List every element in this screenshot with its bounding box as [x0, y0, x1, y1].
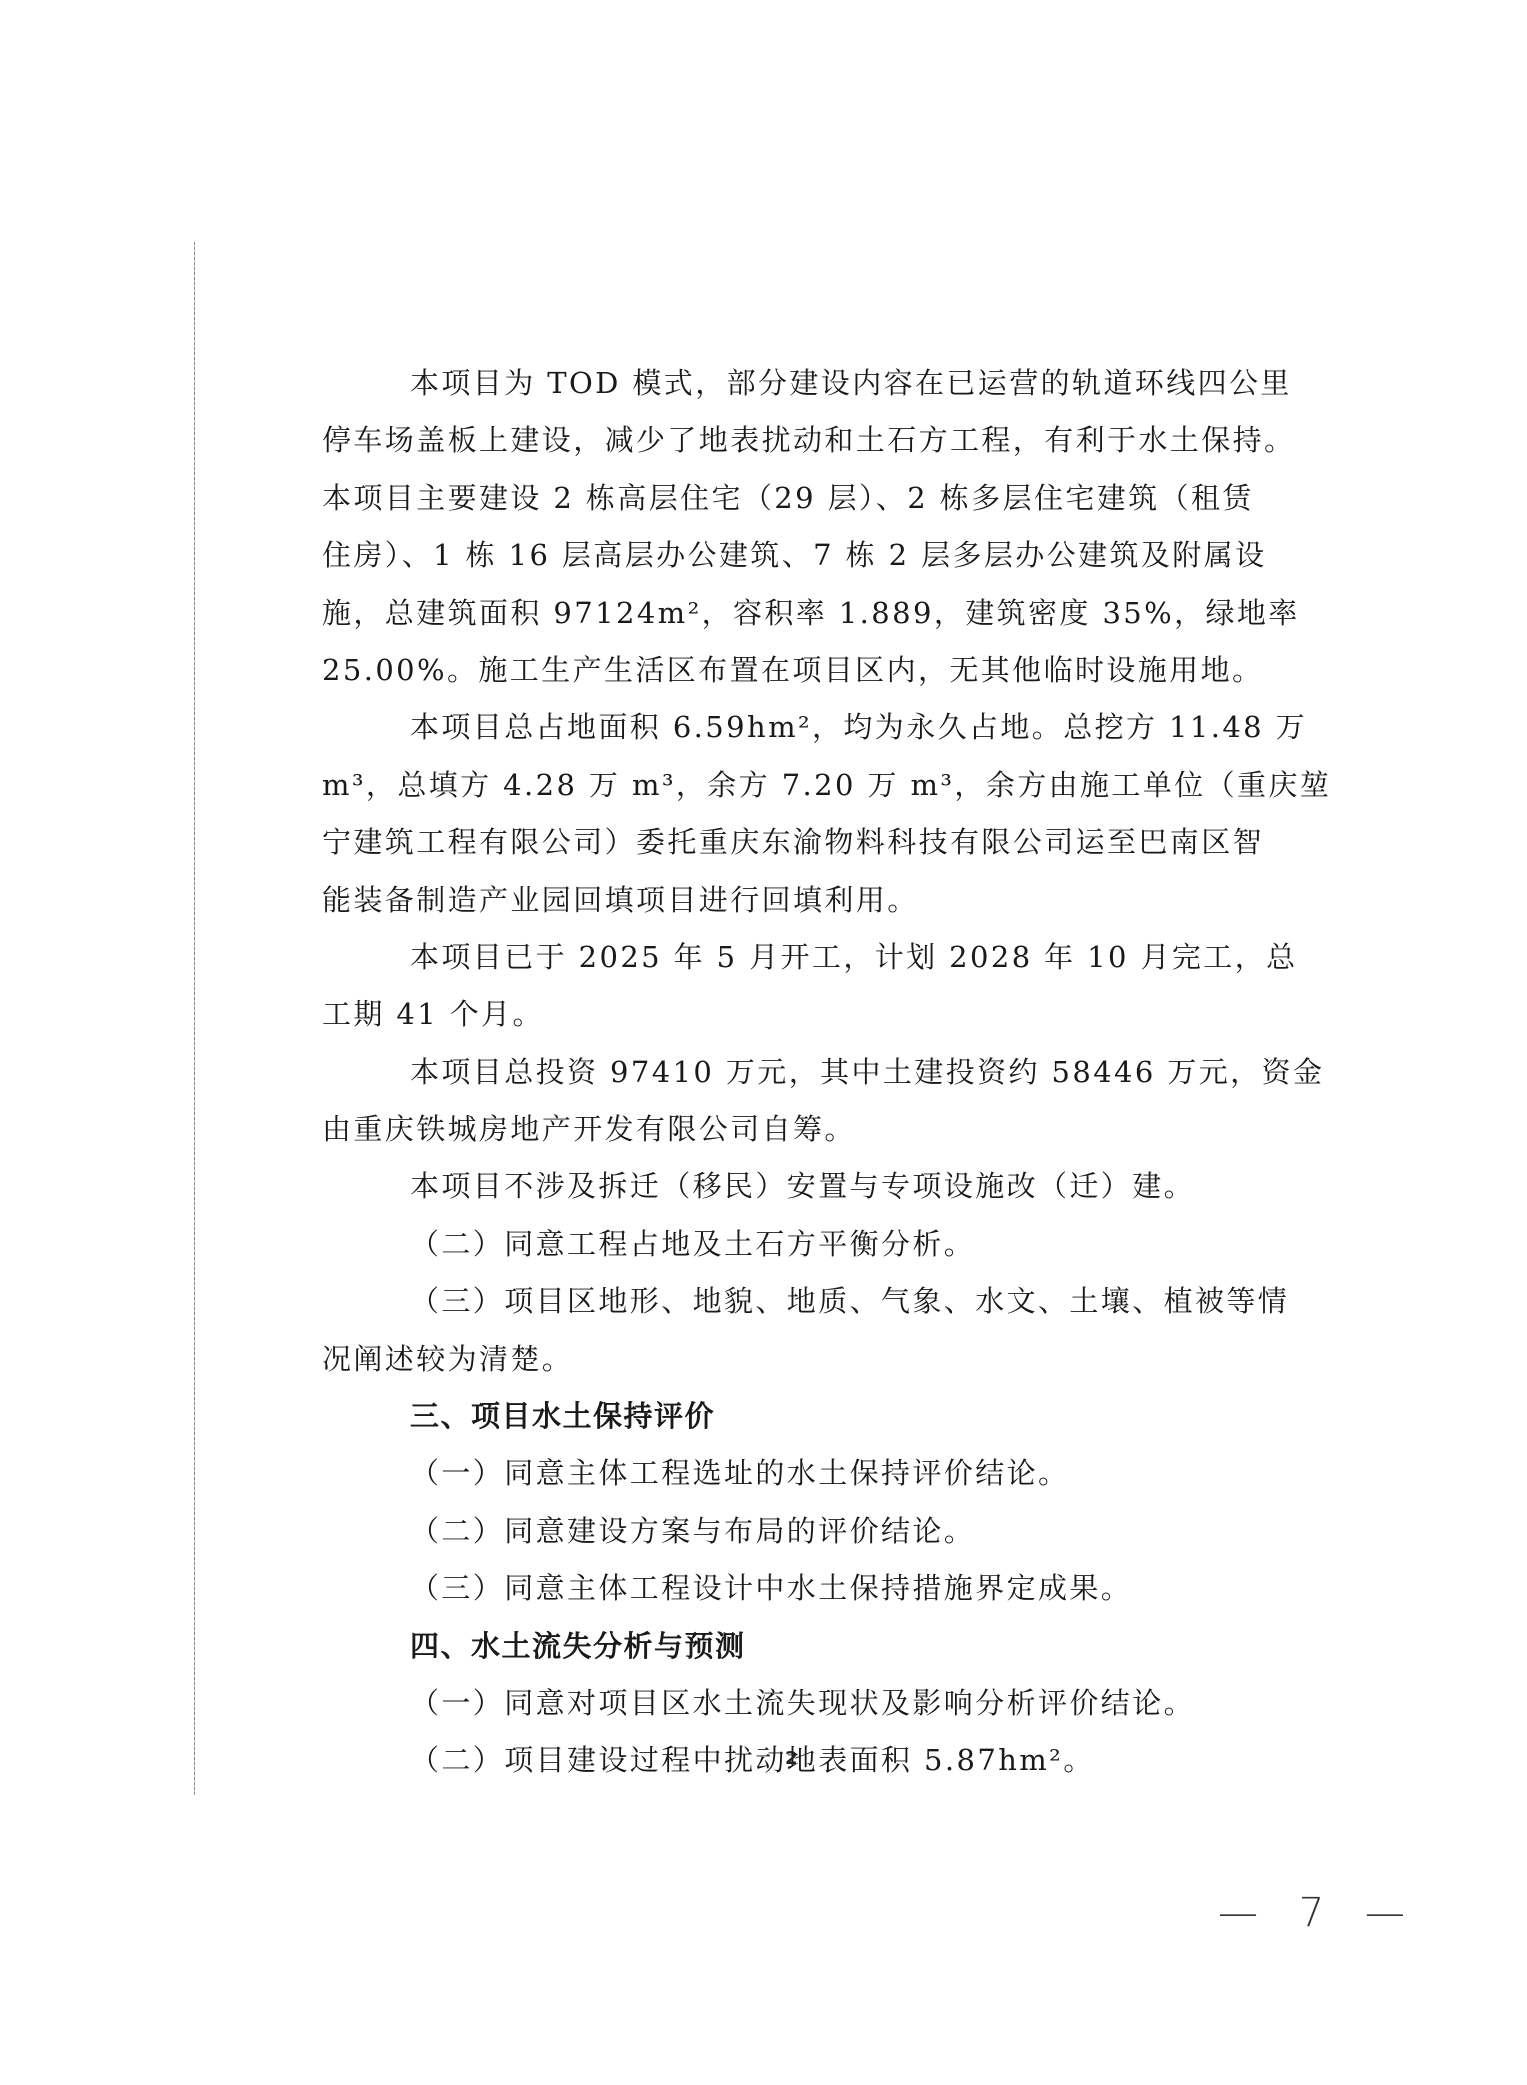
paragraph-line: 25.00%。施工生产生活区布置在项目区内，无其他临时设施用地。: [322, 642, 1242, 699]
list-item: （三）同意主体工程设计中水土保持措施界定成果。: [322, 1560, 1242, 1617]
paragraph-line: 本项目不涉及拆迁（移民）安置与专项设施改（迁）建。: [322, 1158, 1242, 1215]
document-page: 本项目为 TOD 模式，部分建设内容在已运营的轨道环线四公里 停车场盖板上建设，…: [0, 0, 1527, 2085]
paragraph-line: 本项目总投资 97410 万元，其中土建投资约 58446 万元，资金: [322, 1044, 1242, 1101]
inner-page-number: 2: [785, 1748, 798, 1769]
binding-margin-line: [194, 242, 195, 1795]
paragraph-line: m³，总填方 4.28 万 m³，余方 7.20 万 m³，余方由施工单位（重庆…: [322, 757, 1242, 814]
list-item: （二）同意建设方案与布局的评价结论。: [322, 1503, 1242, 1560]
paragraph-line: 住房）、1 栋 16 层高层办公建筑、7 栋 2 层多层办公建筑及附属设: [322, 527, 1242, 584]
outer-page-number: — 7 —: [1218, 1890, 1419, 1936]
section-heading: 三、项目水土保持评价: [322, 1388, 1242, 1445]
paragraph-line: 施，总建筑面积 97124m²，容积率 1.889，建筑密度 35%，绿地率: [322, 585, 1242, 642]
list-item: （一）同意对项目区水土流失现状及影响分析评价结论。: [322, 1675, 1242, 1732]
paragraph-line: 况阐述较为清楚。: [322, 1331, 1242, 1388]
paragraph-line: 本项目为 TOD 模式，部分建设内容在已运营的轨道环线四公里: [322, 355, 1242, 412]
list-item: （二）项目建设过程中扰动地表面积 5.87hm²。: [322, 1732, 1242, 1789]
list-item: （一）同意主体工程选址的水土保持评价结论。: [322, 1445, 1242, 1502]
paragraph-line: 工期 41 个月。: [322, 986, 1242, 1043]
paragraph-line: 本项目已于 2025 年 5 月开工，计划 2028 年 10 月完工，总: [322, 929, 1242, 986]
paragraph-line: 本项目主要建设 2 栋高层住宅（29 层）、2 栋多层住宅建筑（租赁: [322, 470, 1242, 527]
paragraph-line: 宁建筑工程有限公司）委托重庆东渝物料科技有限公司运至巴南区智: [322, 814, 1242, 871]
document-body: 本项目为 TOD 模式，部分建设内容在已运营的轨道环线四公里 停车场盖板上建设，…: [322, 355, 1242, 1790]
paragraph-line: 停车场盖板上建设，减少了地表扰动和土石方工程，有利于水土保持。: [322, 412, 1242, 469]
list-item: （二）同意工程占地及土石方平衡分析。: [322, 1216, 1242, 1273]
paragraph-line: 本项目总占地面积 6.59hm²，均为永久占地。总挖方 11.48 万: [322, 699, 1242, 756]
paragraph-line: 由重庆铁城房地产开发有限公司自筹。: [322, 1101, 1242, 1158]
list-item: （三）项目区地形、地貌、地质、气象、水文、土壤、植被等情: [322, 1273, 1242, 1330]
paragraph-line: 能装备制造产业园回填项目进行回填利用。: [322, 872, 1242, 929]
section-heading: 四、水土流失分析与预测: [322, 1618, 1242, 1675]
